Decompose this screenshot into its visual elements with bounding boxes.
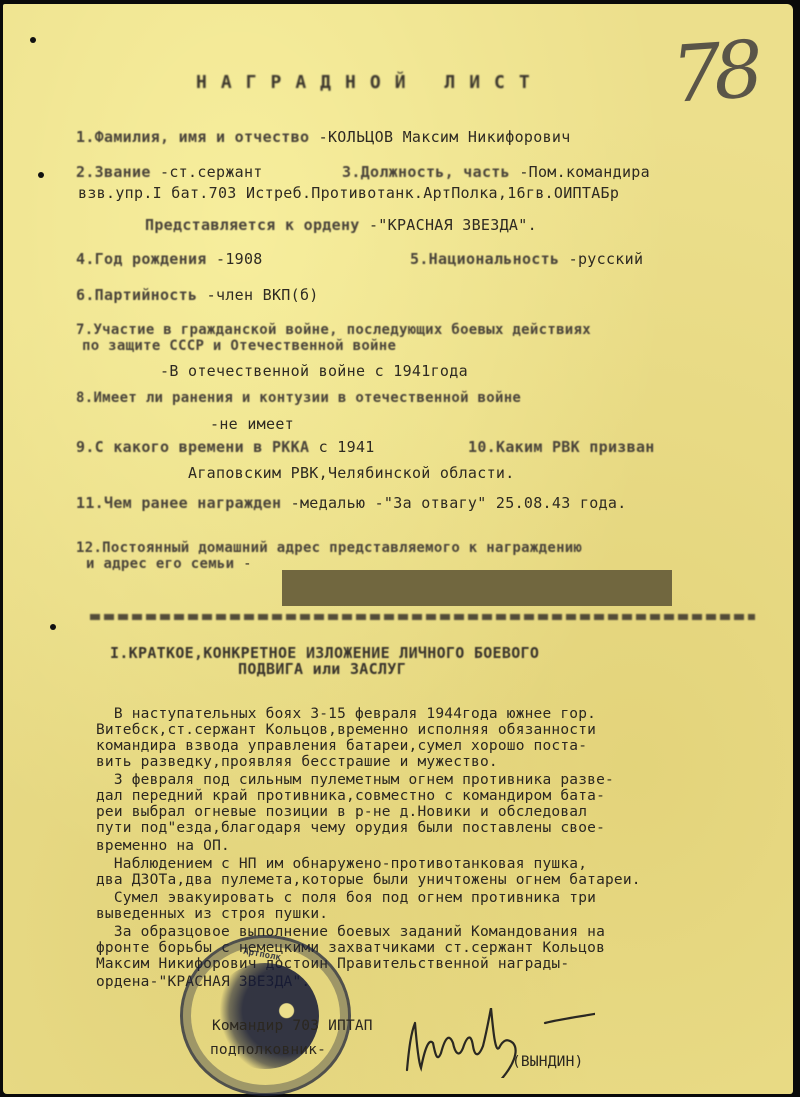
field-value: с 1941 [319, 438, 375, 456]
field-war-participation-label-2: по защите СССР и Отечественной войне [82, 338, 396, 354]
field-label: 9.С какого времени в РККА [76, 438, 309, 456]
narrative-line: выведенных из строя пушки. [96, 906, 328, 922]
stamp-text: Артполк [242, 947, 281, 963]
field-label: 6.Партийность [76, 286, 197, 304]
field-value: -"КРАСНАЯ ЗВЕЗДА". [369, 216, 537, 234]
ink-spot [50, 624, 56, 630]
field-label: 5.Национальность [410, 250, 559, 268]
field-value: -медалью -"За отвагу" 25.08.43 года. [291, 494, 627, 512]
field-war-participation-value: -В отечественной войне с 1941года [160, 362, 468, 380]
field-address-label-2: и адрес его семьи - [86, 556, 252, 572]
narrative-line: пути под"езда,благодаря чему орудия были… [96, 820, 605, 836]
narrative-line: Наблюдением с НП им обнаружено-противота… [96, 856, 587, 872]
field-war-participation-label: 7.Участие в гражданской войне, последующ… [76, 322, 591, 338]
field-value: -член ВКП(б) [207, 286, 319, 304]
field-position-continued: взв.упр.I бат.703 Истреб.Противотанк.Арт… [78, 184, 619, 202]
section-heading-2: ПОДВИГА или ЗАСЛУГ [238, 660, 406, 678]
field-label: 4.Год рождения [76, 250, 207, 268]
narrative-line: два ДЗОТа,два пулемета,которые были унич… [96, 872, 641, 888]
field-label: 2.Звание [76, 163, 151, 181]
field-draft-office-label: 10.Каким РВК призван [468, 438, 655, 456]
field-value: -1908 [216, 250, 263, 268]
ink-spot [30, 37, 36, 43]
redacted-address-block [282, 570, 672, 606]
field-wounds-label: 8.Имеет ли ранения и контузии в отечеств… [76, 390, 521, 406]
field-red-army-since: 9.С какого времени в РККА с 1941 [76, 438, 375, 456]
narrative-line: В наступательных боях 3-15 февраля 1944г… [96, 706, 596, 722]
narrative-line: дал передний край противника,совместно с… [96, 788, 605, 804]
field-party: 6.Партийность -член ВКП(б) [76, 286, 319, 304]
document-title: НАГРАДНОЙ ЛИСТ [196, 72, 544, 93]
field-rank: 2.Звание -ст.сержант [76, 163, 263, 181]
field-full-name: 1.Фамилия, имя и отчество -КОЛЬЦОВ Макси… [76, 128, 571, 146]
official-stamp: Артполк [180, 935, 351, 1096]
signature-title: Командир 703 ИПТАП [212, 1018, 373, 1034]
narrative-line: вить разведку,проявляя бесстрашие и муже… [96, 754, 498, 770]
field-label: и адрес его семьи [86, 556, 234, 572]
field-presented-award: Представляется к ордену -"КРАСНАЯ ЗВЕЗДА… [145, 216, 537, 234]
narrative-line: временно на ОП. [96, 838, 230, 854]
narrative-line: 3 февраля под сильным пулеметным огнем п… [96, 772, 614, 788]
signatory-name: (ВЫНДИН) [512, 1054, 583, 1070]
field-address-label: 12.Постоянный домашний адрес представляе… [76, 540, 582, 556]
narrative-line: Витебск,ст.сержант Кольцов,временно испо… [96, 722, 596, 738]
narrative-line: фронте борьбы с немецкими захватчиками с… [96, 940, 605, 956]
field-previous-awards: 11.Чем ранее награжден -медалью -"За отв… [76, 494, 627, 512]
field-value: -ст.сержант [160, 163, 263, 181]
field-label: Представляется к ордену [145, 216, 360, 234]
section-divider [90, 614, 755, 620]
field-birth-year: 4.Год рождения -1908 [76, 250, 263, 268]
field-value: - [243, 556, 252, 572]
field-value: -русский [569, 250, 644, 268]
signature-rank: подполковник- [210, 1042, 326, 1058]
field-draft-office-value: Агаповским РВК,Челябинской области. [188, 464, 515, 482]
narrative-line: Сумел эвакуировать с поля боя под огнем … [96, 890, 596, 906]
field-label: 3.Должность, часть [342, 163, 510, 181]
narrative-line: реи выбрал огневые позиции в р-не д.Нови… [96, 804, 587, 820]
field-label: 1.Фамилия, имя и отчество [76, 128, 309, 146]
field-label: 11.Чем ранее награжден [76, 494, 281, 512]
narrative-line: командира взвода управления батареи,суме… [96, 738, 587, 754]
field-wounds-value: -не имеет [210, 415, 294, 433]
field-value: -КОЛЬЦОВ Максим Никифорович [319, 128, 571, 146]
narrative-line: За образцовое выполнение боевых заданий … [96, 924, 605, 940]
field-nationality: 5.Национальность -русский [410, 250, 643, 268]
handwritten-sheet-number: 78 [669, 25, 758, 121]
field-value: -Пом.командира [519, 163, 650, 181]
field-position: 3.Должность, часть -Пом.командира [342, 163, 650, 181]
ink-spot [38, 172, 44, 178]
